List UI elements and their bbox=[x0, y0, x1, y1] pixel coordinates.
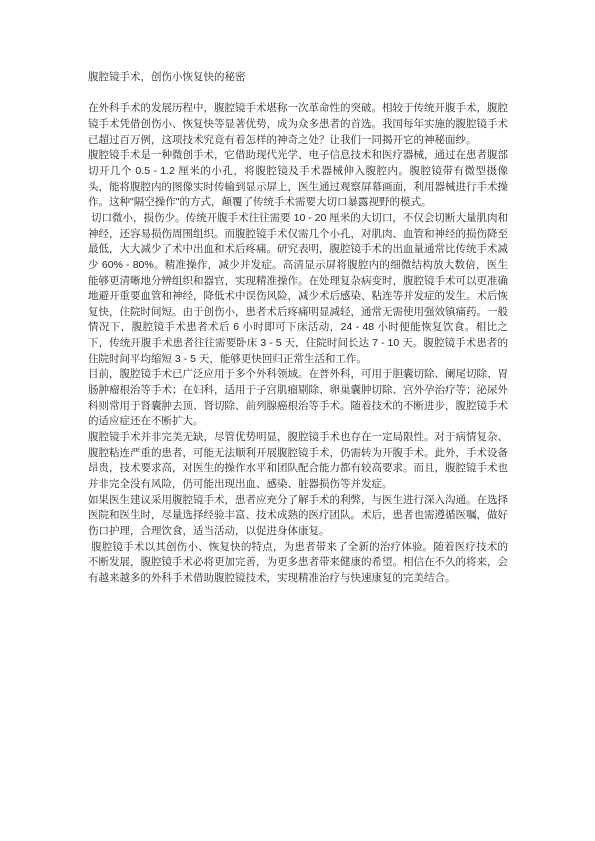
paragraph-applications: 目前，腹腔镜手术已广泛应用于多个外科领域。在普外科，可用于胆囊切除、阑尾切除、胃… bbox=[88, 367, 508, 430]
paragraph-conclusion: 腹腔镜手术以其创伤小、恢复快的特点，为患者带来了全新的治疗体验。随着医疗技术的不… bbox=[88, 540, 508, 587]
paragraph-intro: 在外科手术的发展历程中，腹腔镜手术堪称一次革命性的突破。相较于传统开腹手术，腹腔… bbox=[88, 101, 508, 148]
document-title: 腹腔镜手术，创伤小恢复快的秘密 bbox=[88, 70, 508, 86]
paragraph-what-is-laparoscopy: 腹腔镜手术是一种微创手术，它借助现代光学、电子信息技术和医疗器械，通过在患者腹部… bbox=[88, 148, 508, 211]
paragraph-advice: 如果医生建议采用腹腔镜手术，患者应充分了解手术的利弊，与医生进行深入沟通。在选择… bbox=[88, 493, 508, 540]
document-page: 腹腔镜手术，创伤小恢复快的秘密 在外科手术的发展历程中，腹腔镜手术堪称一次革命性… bbox=[0, 0, 595, 841]
paragraph-advantages: 切口微小，损伤少。传统开腹手术往往需要 10 - 20 厘米的大切口，不仅会切断… bbox=[88, 211, 508, 368]
paragraph-limitations: 腹腔镜手术并非完美无缺，尽管优势明显，腹腔镜手术也存在一定局限性。对于病情复杂、… bbox=[88, 430, 508, 493]
document-body: 腹腔镜手术，创伤小恢复快的秘密 在外科手术的发展历程中，腹腔镜手术堪称一次革命性… bbox=[88, 70, 508, 587]
